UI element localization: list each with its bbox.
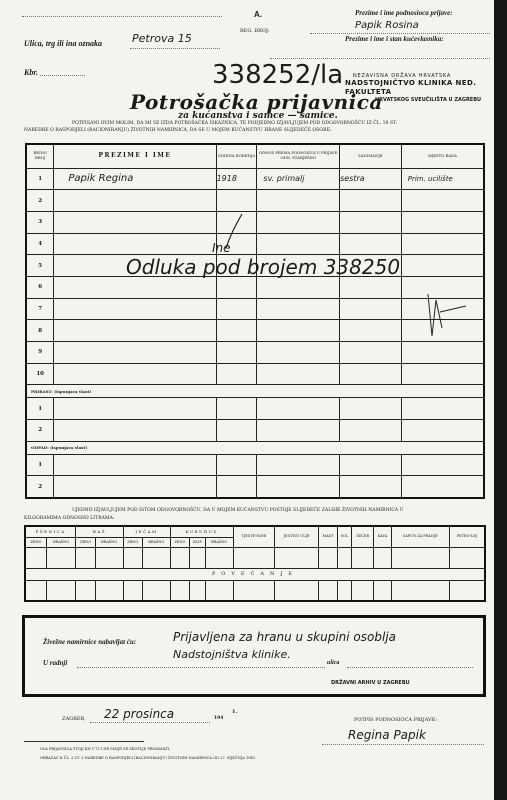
stock-cell[interactable] (95, 580, 123, 601)
sub-flour: BRAŠNO (142, 537, 170, 547)
col-header-birth-year: GODINA ROĐENJA (216, 144, 257, 168)
col-oil: JESTIVO ULJE (275, 526, 318, 547)
stock-cell[interactable] (449, 547, 485, 568)
stock-cell[interactable] (123, 580, 142, 601)
supply-value-line-2: Nadstojništva klinike. (173, 648, 291, 661)
col-soap: SAPUN ZA PRANJE (391, 526, 449, 547)
street-value: Petrova 15 (132, 32, 192, 45)
occupation-cell[interactable] (340, 276, 402, 298)
supply-value-line-1: Prijavljena za hranu u skupini osoblja (173, 630, 396, 644)
relation-cell[interactable] (257, 363, 340, 385)
year-cell[interactable] (216, 190, 257, 212)
sub-flour: BRAŠNO (47, 537, 76, 547)
name-cell[interactable] (54, 420, 216, 442)
top-dotted-line (22, 16, 222, 17)
table-row: 3 (26, 211, 484, 233)
occupation-cell[interactable] (340, 398, 402, 420)
street-label: Ulica, trg ili ina oznaka (24, 39, 102, 48)
workplace-cell[interactable] (401, 190, 484, 212)
stock-table: PŠENICA RAŽ JEČAM KUKURUZ TJESTE-NINE JE… (24, 525, 486, 602)
occupation-cell[interactable] (340, 298, 402, 320)
stock-cell[interactable] (142, 580, 170, 601)
stock-cell[interactable] (25, 580, 47, 601)
stock-cell[interactable] (190, 580, 206, 601)
increase-values-row (25, 580, 485, 601)
submitter-line (310, 33, 490, 34)
group-rye: RAŽ (76, 526, 123, 537)
sub-flour: BRAŠNO (205, 537, 233, 547)
row-number: 2 (26, 476, 54, 498)
decrease-row: 2 (26, 476, 484, 498)
table-row: 6 (26, 276, 484, 298)
sub-grain: ZRNO (170, 537, 189, 547)
stock-cell[interactable] (449, 580, 485, 601)
stock-cell[interactable] (338, 547, 352, 568)
stock-cell[interactable] (233, 580, 275, 601)
col-header-number: REDNI BROJ (26, 144, 54, 168)
workplace-cell[interactable] (401, 342, 484, 364)
archive-stamp: DRŽAVNI ARHIV U ZAGREBU (331, 680, 410, 686)
year-cell[interactable] (216, 454, 257, 476)
year-cell[interactable] (216, 363, 257, 385)
occupation-cell[interactable] (340, 476, 402, 498)
date-value: 22 prosinca (104, 707, 174, 721)
table-row: 2 (26, 190, 484, 212)
stock-cell[interactable] (391, 547, 449, 568)
stock-line-1: UJEDNO IZJAVLJUJEM POD ISTOM ODGOVORNOŠĆ… (24, 507, 490, 515)
relation-cell[interactable]: sv. primalj (257, 168, 340, 190)
table-row: 10 (26, 363, 484, 385)
increase-label: POVEĆANJE (25, 568, 485, 580)
col-lard: MAST (318, 526, 337, 547)
col-salt: SOL (338, 526, 352, 547)
shop-line (77, 667, 325, 668)
stock-cell[interactable] (123, 547, 142, 568)
table-row: 1 Papik Regina 1918 sv. primalj sestra P… (26, 168, 484, 190)
year-cell[interactable]: 1918 (216, 168, 257, 190)
sub-grain: ZRNO (25, 537, 47, 547)
occupation-cell[interactable] (340, 363, 402, 385)
handwritten-annotation: Odluka pod brojem 338250 (126, 255, 400, 279)
relation-value: sv. primalj (257, 174, 304, 183)
relation-cell[interactable] (257, 320, 340, 342)
signature-line (322, 744, 484, 745)
row-number: 3 (26, 211, 54, 233)
house-number-label: Kbr. (24, 68, 38, 77)
stock-cell[interactable] (170, 547, 189, 568)
row-number: 2 (26, 190, 54, 212)
increase-section-header: PRIRAST: (ispunjava vlast) (26, 385, 484, 398)
annotation-small: Ine (212, 241, 231, 255)
stock-cell[interactable] (275, 547, 318, 568)
shop-label: U radnji (43, 659, 67, 667)
occupation-cell[interactable] (340, 420, 402, 442)
street-line (130, 48, 220, 49)
stock-cell[interactable] (233, 547, 275, 568)
row-number: 4 (26, 233, 54, 255)
stock-line-2: KILOGRAMIMA ODNOSNO LITRAMA: (24, 515, 490, 523)
workplace-cell[interactable] (401, 476, 484, 498)
year-cell[interactable] (216, 342, 257, 364)
decrease-section-header: ODPAD: (ispunjava vlast) (26, 441, 484, 454)
relation-cell[interactable] (257, 211, 340, 233)
stock-cell[interactable] (142, 547, 170, 568)
workplace-cell[interactable] (401, 454, 484, 476)
name-cell[interactable] (54, 320, 216, 342)
name-value: Papik Regina (54, 173, 133, 184)
registration-number: 338252/la (212, 60, 343, 90)
stock-cell[interactable] (170, 580, 189, 601)
col-header-relation: ODNOS PREMA PODNOSIOCU PRIJAVE ODN. STAR… (257, 144, 340, 168)
col-petroleum: PETRO-LEJ (449, 526, 485, 547)
year-cell[interactable] (216, 320, 257, 342)
row-number: 8 (26, 320, 54, 342)
declaration-line-2: NAREDBE O RASPODJELI (RACIONIRANJU) ŽIVO… (24, 127, 494, 134)
supply-label: Živežne namirnice nabavljat ću: (43, 638, 136, 646)
increase-label: PRIRAST: (ispunjava vlast) (26, 385, 484, 398)
stock-cell[interactable] (25, 547, 47, 568)
name-cell[interactable]: Papik Regina (54, 168, 216, 190)
col-header-name: PREZIME I IME (54, 144, 216, 168)
relation-cell[interactable] (257, 342, 340, 364)
street-label-supply: ulica (327, 660, 339, 666)
table-row: 7 (26, 298, 484, 320)
name-cell[interactable] (54, 454, 216, 476)
year-suffix: 1. (232, 709, 237, 715)
stock-cell[interactable] (47, 580, 76, 601)
relation-cell[interactable] (257, 190, 340, 212)
city-label: ZAGREB, (62, 716, 86, 722)
declaration-text: POTPISANI OVIM MOLIM, DA MI SE IZDA POTR… (24, 120, 494, 135)
relation-cell[interactable] (257, 398, 340, 420)
name-cell[interactable] (54, 190, 216, 212)
document-page: A. REG. BROJ: Prezime i ime podnosioca p… (0, 0, 494, 800)
stock-cell[interactable] (205, 580, 233, 601)
price-note: OVA PRIJAVNICA STOJI KN 1'75 I NE SMIJE … (40, 747, 170, 751)
name-cell[interactable] (54, 233, 216, 255)
signature-label: POTPIS PODNOSIOCA PRIJAVE: (354, 717, 437, 723)
name-cell[interactable] (54, 363, 216, 385)
year-value: 1918 (217, 174, 237, 183)
name-cell[interactable] (54, 476, 216, 498)
sub-grain: ZRNO (76, 537, 95, 547)
stock-cell[interactable] (318, 580, 337, 601)
name-cell[interactable] (54, 276, 216, 298)
footer-rule (24, 741, 144, 742)
form-letter: A. (254, 10, 262, 19)
declaration-line-1: POTPISANI OVIM MOLIM, DA MI SE IZDA POTR… (24, 120, 494, 127)
stock-cell[interactable] (275, 580, 318, 601)
name-cell[interactable] (54, 398, 216, 420)
workplace-cell[interactable] (401, 420, 484, 442)
submitter-label: Prezime i ime podnosioca prijave: (355, 9, 453, 17)
increase-header: POVEĆANJE (25, 568, 485, 580)
table-row: 9 (26, 342, 484, 364)
workplace-cell[interactable] (401, 211, 484, 233)
year-cell[interactable] (216, 398, 257, 420)
col-coffee: KAVA (374, 526, 391, 547)
col-header-workplace: MJESTO RADA (401, 144, 484, 168)
row-number: 7 (26, 298, 54, 320)
occupation-cell[interactable] (340, 190, 402, 212)
year-cell[interactable] (216, 298, 257, 320)
relation-cell[interactable] (257, 276, 340, 298)
table-row: 8 (26, 320, 484, 342)
supply-box: Živežne namirnice nabavljat ću: Prijavlj… (22, 615, 486, 697)
name-cell[interactable] (54, 298, 216, 320)
stock-cell[interactable] (374, 580, 391, 601)
house-number-line (40, 75, 85, 76)
stock-cell[interactable] (374, 547, 391, 568)
row-number: 10 (26, 363, 54, 385)
row-number: 1 (26, 454, 54, 476)
increase-row: 1 (26, 398, 484, 420)
reg-broj-label: REG. BROJ: (240, 28, 269, 34)
occupation-cell[interactable] (340, 211, 402, 233)
date-line (90, 722, 210, 723)
year-cell[interactable] (216, 420, 257, 442)
occupation-cell[interactable] (340, 233, 402, 255)
stock-cell[interactable] (391, 580, 449, 601)
street-line-supply (347, 667, 473, 668)
sub-grain: ZRNO (123, 537, 142, 547)
table-row: 4 (26, 233, 484, 255)
stock-cell[interactable] (351, 547, 373, 568)
col-header-occupation: ZANIMANJE (340, 144, 402, 168)
occupation-value: sestra (340, 174, 365, 183)
increase-row: 2 (26, 420, 484, 442)
initials-mark-icon (420, 290, 470, 340)
group-barley: JEČAM (123, 526, 170, 537)
row-number: 6 (26, 276, 54, 298)
group-wheat: PŠENICA (25, 526, 76, 537)
year-cell[interactable] (216, 476, 257, 498)
occupation-cell[interactable] (340, 454, 402, 476)
workplace-cell[interactable] (401, 363, 484, 385)
workplace-cell[interactable] (401, 233, 484, 255)
year-prefix: 194 (214, 716, 223, 721)
relation-cell[interactable] (257, 298, 340, 320)
name-cell[interactable] (54, 342, 216, 364)
stock-cell[interactable] (76, 580, 95, 601)
workplace-value: Prim. ucilište (402, 175, 453, 183)
stock-cell[interactable] (76, 547, 95, 568)
stock-cell[interactable] (338, 580, 352, 601)
decrease-label: ODPAD: (ispunjava vlast) (26, 441, 484, 454)
occupation-cell[interactable] (340, 342, 402, 364)
relation-cell[interactable] (257, 233, 340, 255)
workplace-cell[interactable] (401, 398, 484, 420)
row-number: 9 (26, 342, 54, 364)
row-number: 2 (26, 420, 54, 442)
owner-label: Prezime i ime i stan kućevlasnika: (345, 35, 444, 43)
row-number: 1 (26, 398, 54, 420)
sub-cob: KLIP (190, 537, 206, 547)
row-number: 1 (26, 168, 54, 190)
stock-cell[interactable] (318, 547, 337, 568)
stock-cell[interactable] (205, 547, 233, 568)
stock-cell[interactable] (190, 547, 206, 568)
scan-edge (494, 0, 507, 800)
form-note: OBRAZAC K ČL. 2 ST. 3 NAREDBE O RASPODJE… (40, 756, 256, 760)
stock-cell[interactable] (47, 547, 76, 568)
stock-declaration: UJEDNO IZJAVLJUJEM POD ISTOM ODGOVORNOŠĆ… (24, 507, 490, 523)
group-corn: KUKURUZ (170, 526, 233, 537)
relation-cell[interactable] (257, 454, 340, 476)
household-table: REDNI BROJ PREZIME I IME GODINA ROĐENJA … (25, 143, 485, 499)
signature-value: Regina Papik (348, 728, 426, 742)
occupation-cell[interactable]: sestra (340, 168, 402, 190)
relation-cell[interactable] (257, 420, 340, 442)
workplace-cell[interactable] (401, 255, 484, 277)
submitter-value: Papik Rosina (355, 20, 419, 31)
col-pasta: TJESTE-NINE (233, 526, 275, 547)
owner-line (270, 58, 490, 59)
year-cell[interactable] (216, 276, 257, 298)
relation-cell[interactable] (257, 476, 340, 498)
col-sugar: ŠEĆER (351, 526, 373, 547)
stock-cell[interactable] (95, 547, 123, 568)
decrease-row: 1 (26, 454, 484, 476)
row-number: 5 (26, 255, 54, 277)
stock-values-row (25, 547, 485, 568)
workplace-cell[interactable]: Prim. ucilište (401, 168, 484, 190)
sub-flour: BRAŠNO (95, 537, 123, 547)
name-cell[interactable] (54, 211, 216, 233)
occupation-cell[interactable] (340, 320, 402, 342)
stock-cell[interactable] (351, 580, 373, 601)
